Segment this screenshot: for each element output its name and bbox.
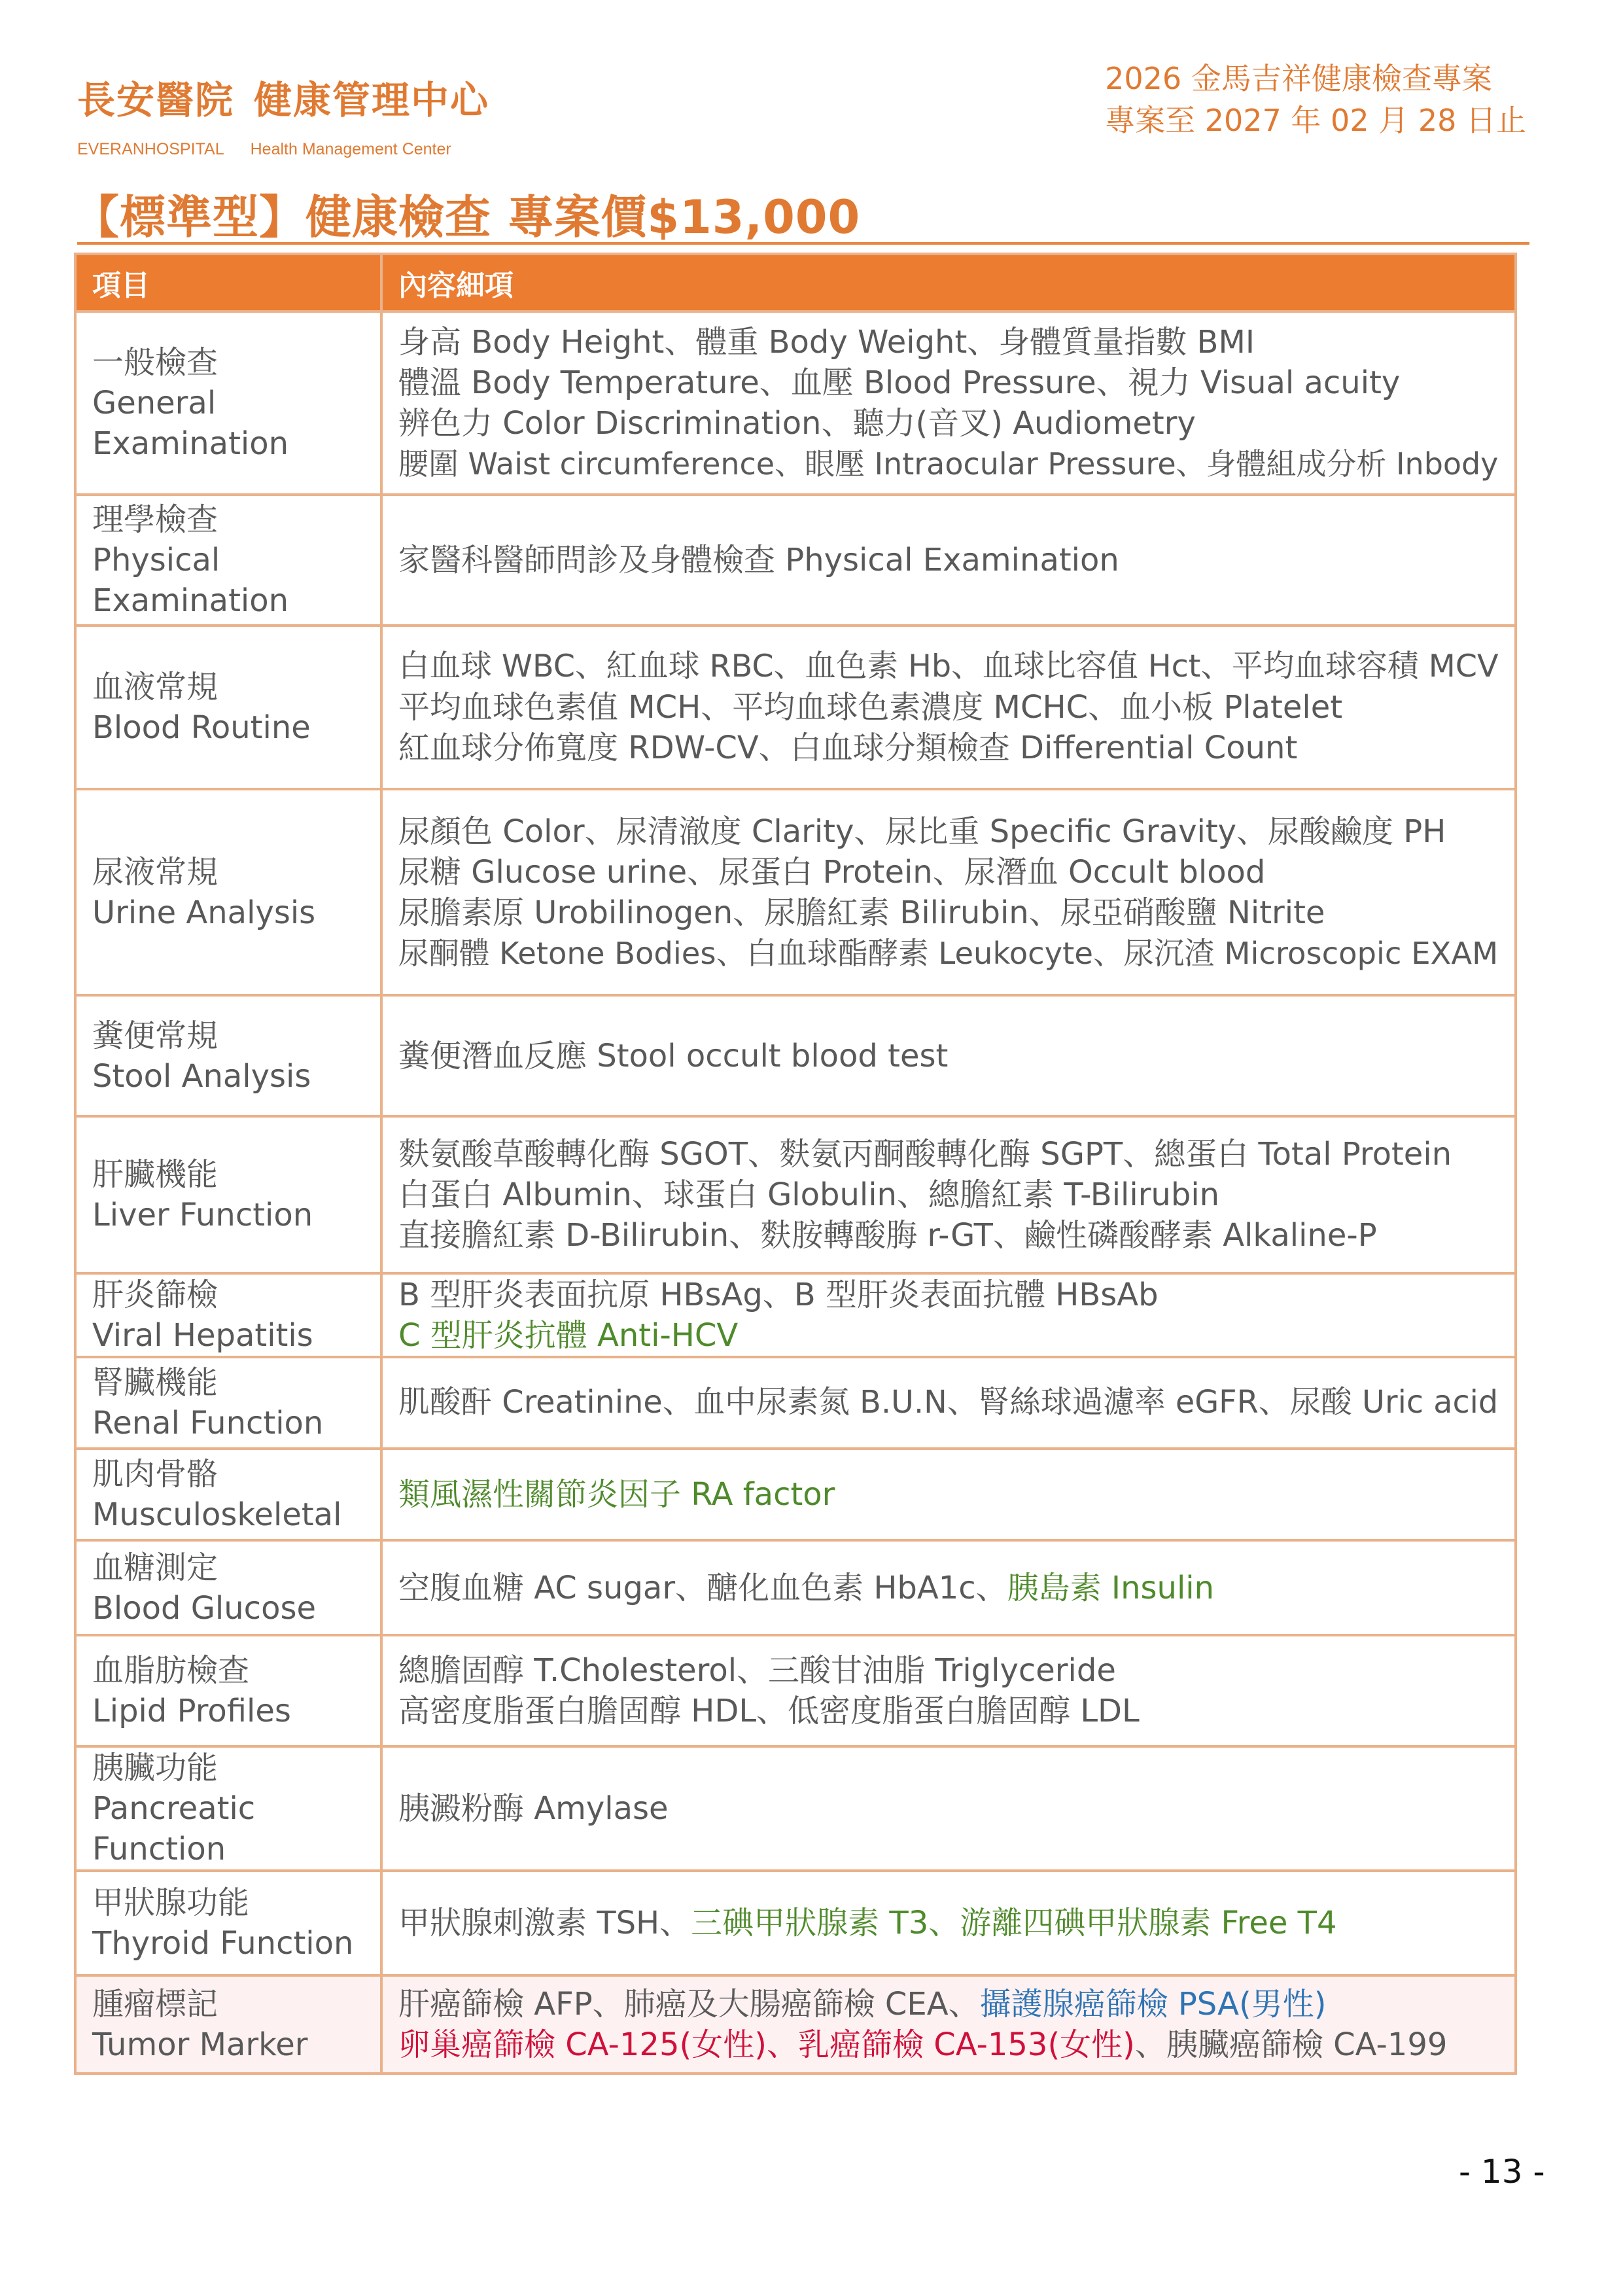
hospital-name-zh: 長安醫院健康管理中心 (77, 77, 489, 123)
detail-line: 尿顏色 Color、尿清澈度 Clarity、尿比重 Specific Grav… (398, 811, 1499, 852)
exam-items-table: 項目 內容細項 一般檢查GeneralExamination身高 Body He… (74, 253, 1517, 2075)
table-row: 肝炎篩檢Viral HepatitisB 型肝炎表面抗原 HBsAg、B 型肝炎… (75, 1273, 1516, 1357)
table-row: 腫瘤標記Tumor Marker肝癌篩檢 AFP、肺癌及大腸癌篩檢 CEA、攝護… (75, 1975, 1516, 2074)
table-row: 血液常規Blood Routine白血球 WBC、紅血球 RBC、血色素 Hb、… (75, 626, 1516, 789)
item-name-en: Stool Analysis (92, 1056, 364, 1097)
item-name-en: Function (92, 1829, 364, 1869)
item-name-en: Physical (92, 540, 364, 580)
item-name-en: Tumor Marker (92, 2024, 364, 2065)
promo-validity: 專案至 2027 年 02 月 28 日止 (1105, 99, 1526, 141)
detail-text: 糞便潛血反應 Stool occult blood test (398, 1038, 948, 1074)
highlighted-detail-text: 類風濕性關節炎因子 RA factor (398, 1476, 835, 1513)
item-detail-cell: 身高 Body Height、體重 Body Weight、身體質量指數 BMI… (381, 311, 1516, 495)
table-row: 一般檢查GeneralExamination身高 Body Height、體重 … (75, 311, 1516, 495)
detail-text: 腰圍 Waist circumference、眼壓 Intraocular Pr… (398, 446, 1498, 482)
item-detail-cell: 甲狀腺刺激素 TSH、三碘甲狀腺素 T3、游離四碘甲狀腺素 Free T4 (381, 1871, 1516, 1975)
detail-line: 腰圍 Waist circumference、眼壓 Intraocular Pr… (398, 444, 1499, 484)
item-name-cell: 糞便常規Stool Analysis (75, 995, 381, 1116)
hospital-name: 長安醫院 (77, 78, 234, 122)
center-name-english: Health Management Center (251, 140, 451, 158)
center-name: 健康管理中心 (254, 78, 489, 122)
detail-text: 尿糖 Glucose urine、尿蛋白 Protein、尿潛血 Occult … (398, 854, 1265, 891)
table-row: 腎臟機能Renal Function肌酸酐 Creatinine、血中尿素氮 B… (75, 1357, 1516, 1449)
highlighted-detail-text: 卵巢癌篩檢 CA-125(女性)、乳癌篩檢 CA-153(女性) (398, 2026, 1135, 2063)
page-number: - 13 - (1459, 2153, 1545, 2191)
detail-line: 麩氨酸草酸轉化酶 SGOT、麩氨丙酮酸轉化酶 SGPT、總蛋白 Total Pr… (398, 1134, 1499, 1174)
highlighted-detail-text: 胰島素 Insulin (1007, 1570, 1214, 1606)
promo-title: 2026 金馬吉祥健康檢查專案 (1105, 58, 1526, 99)
item-name-en: Examination (92, 580, 364, 621)
item-name-zh: 尿液常規 (92, 852, 364, 892)
detail-text: B 型肝炎表面抗原 HBsAg、B 型肝炎表面抗體 HBsAb (398, 1277, 1159, 1313)
detail-line: 高密度脂蛋白膽固醇 HDL、低密度脂蛋白膽固醇 LDL (398, 1691, 1499, 1731)
column-header-detail: 內容細項 (381, 254, 1516, 311)
item-detail-cell: 肝癌篩檢 AFP、肺癌及大腸癌篩檢 CEA、攝護腺癌篩檢 PSA(男性)卵巢癌篩… (381, 1975, 1516, 2074)
detail-line: 類風濕性關節炎因子 RA factor (398, 1474, 1499, 1515)
detail-text: 甲狀腺刺激素 TSH、 (398, 1905, 691, 1941)
detail-line: 身高 Body Height、體重 Body Weight、身體質量指數 BMI (398, 322, 1499, 362)
item-name-zh: 甲狀腺功能 (92, 1882, 364, 1923)
item-name-zh: 一般檢查 (92, 342, 364, 383)
table-row: 甲狀腺功能Thyroid Function甲狀腺刺激素 TSH、三碘甲狀腺素 T… (75, 1871, 1516, 1975)
detail-text: 高密度脂蛋白膽固醇 HDL、低密度脂蛋白膽固醇 LDL (398, 1693, 1140, 1729)
item-name-en: Pancreatic (92, 1788, 364, 1829)
hospital-brand: 長安醫院健康管理中心 EVERANHOSPITALHealth Manageme… (77, 77, 489, 159)
item-detail-cell: 糞便潛血反應 Stool occult blood test (381, 995, 1516, 1116)
table-row: 肌肉骨骼Musculoskeletal類風濕性關節炎因子 RA factor (75, 1449, 1516, 1540)
item-name-cell: 一般檢查GeneralExamination (75, 311, 381, 495)
detail-line: 卵巢癌篩檢 CA-125(女性)、乳癌篩檢 CA-153(女性)、胰臟癌篩檢 C… (398, 2024, 1499, 2065)
page-title: 【標準型】健康檢查 專案價$13,000 (73, 181, 860, 247)
item-detail-cell: 胰澱粉酶 Amylase (381, 1746, 1516, 1871)
detail-line: 辨色力 Color Discrimination、聽力(音叉) Audiomet… (398, 403, 1499, 444)
item-detail-cell: 尿顏色 Color、尿清澈度 Clarity、尿比重 Specific Grav… (381, 789, 1516, 995)
item-name-en: General (92, 383, 364, 423)
detail-text: 胰澱粉酶 Amylase (398, 1790, 669, 1827)
detail-line: 糞便潛血反應 Stool occult blood test (398, 1036, 1499, 1076)
item-name-zh: 血脂肪檢查 (92, 1650, 364, 1691)
item-name-zh: 理學檢查 (92, 499, 364, 540)
item-name-cell: 理學檢查PhysicalExamination (75, 495, 381, 626)
detail-text: 總膽固醇 T.Cholesterol、三酸甘油脂 Triglyceride (398, 1652, 1116, 1689)
item-name-zh: 肝臟機能 (92, 1154, 364, 1195)
detail-text: 、胰臟癌篩檢 CA-199 (1135, 2026, 1448, 2063)
item-detail-cell: B 型肝炎表面抗原 HBsAg、B 型肝炎表面抗體 HBsAbC 型肝炎抗體 A… (381, 1273, 1516, 1357)
item-name-en: Renal Function (92, 1403, 364, 1443)
highlighted-detail-text: C 型肝炎抗體 Anti-HCV (398, 1317, 738, 1354)
title-divider (77, 242, 1529, 245)
item-detail-cell: 空腹血糖 AC sugar、醣化血色素 HbA1c、胰島素 Insulin (381, 1540, 1516, 1635)
table-row: 尿液常規Urine Analysis尿顏色 Color、尿清澈度 Clarity… (75, 789, 1516, 995)
detail-text: 肌酸酐 Creatinine、血中尿素氮 B.U.N、腎絲球過濾率 eGFR、尿… (398, 1385, 1498, 1421)
hospital-name-english: EVERANHOSPITAL (77, 140, 224, 158)
item-name-zh: 肝炎篩檢 (92, 1275, 364, 1315)
item-name-en: Thyroid Function (92, 1923, 364, 1964)
column-header-item: 項目 (75, 254, 381, 311)
table-body: 一般檢查GeneralExamination身高 Body Height、體重 … (75, 311, 1516, 2074)
table-header-row: 項目 內容細項 (75, 254, 1516, 311)
detail-text: 家醫科醫師問診及身體檢查 Physical Examination (398, 542, 1119, 578)
detail-line: 家醫科醫師問診及身體檢查 Physical Examination (398, 540, 1499, 580)
item-detail-cell: 白血球 WBC、紅血球 RBC、血色素 Hb、血球比容值 Hct、平均血球容積 … (381, 626, 1516, 789)
item-name-cell: 尿液常規Urine Analysis (75, 789, 381, 995)
detail-line: 尿膽素原 Urobilinogen、尿膽紅素 Bilirubin、尿亞硝酸鹽 N… (398, 892, 1499, 933)
item-name-zh: 血糖測定 (92, 1547, 364, 1588)
detail-line: C 型肝炎抗體 Anti-HCV (398, 1315, 1499, 1356)
detail-line: 紅血球分佈寬度 RDW-CV、白血球分類檢查 Differential Coun… (398, 728, 1499, 768)
table-row: 胰臟功能PancreaticFunction胰澱粉酶 Amylase (75, 1746, 1516, 1871)
item-name-en: Liver Function (92, 1195, 364, 1235)
item-name-zh: 糞便常規 (92, 1016, 364, 1056)
item-name-cell: 血液常規Blood Routine (75, 626, 381, 789)
item-name-en: Blood Glucose (92, 1588, 364, 1629)
detail-text: 肝癌篩檢 AFP、肺癌及大腸癌篩檢 CEA、 (398, 1986, 980, 2022)
detail-line: 體溫 Body Temperature、血壓 Blood Pressure、視力… (398, 362, 1499, 403)
item-detail-cell: 肌酸酐 Creatinine、血中尿素氮 B.U.N、腎絲球過濾率 eGFR、尿… (381, 1357, 1516, 1449)
detail-line: 白血球 WBC、紅血球 RBC、血色素 Hb、血球比容值 Hct、平均血球容積 … (398, 646, 1499, 687)
detail-text: 白蛋白 Albumin、球蛋白 Globulin、總膽紅素 T-Bilirubi… (398, 1176, 1219, 1213)
item-name-en: Urine Analysis (92, 892, 364, 933)
detail-text: 尿酮體 Ketone Bodies、白血球酯酵素 Leukocyte、尿沉渣 M… (398, 936, 1498, 971)
table-row: 血糖測定Blood Glucose空腹血糖 AC sugar、醣化血色素 HbA… (75, 1540, 1516, 1635)
hospital-name-en: EVERANHOSPITALHealth Management Center (77, 140, 489, 159)
item-name-cell: 腫瘤標記Tumor Marker (75, 1975, 381, 2074)
item-name-cell: 肝炎篩檢Viral Hepatitis (75, 1273, 381, 1357)
detail-line: 尿糖 Glucose urine、尿蛋白 Protein、尿潛血 Occult … (398, 852, 1499, 892)
item-name-cell: 肌肉骨骼Musculoskeletal (75, 1449, 381, 1540)
item-name-zh: 肌肉骨骼 (92, 1454, 364, 1494)
detail-text: 空腹血糖 AC sugar、醣化血色素 HbA1c、 (398, 1570, 1007, 1606)
table-row: 糞便常規Stool Analysis糞便潛血反應 Stool occult bl… (75, 995, 1516, 1116)
item-name-zh: 腫瘤標記 (92, 1984, 364, 2024)
detail-text: 辨色力 Color Discrimination、聽力(音叉) Audiomet… (398, 405, 1196, 442)
item-name-en: Examination (92, 423, 364, 464)
item-detail-cell: 家醫科醫師問診及身體檢查 Physical Examination (381, 495, 1516, 626)
promo-info: 2026 金馬吉祥健康檢查專案 專案至 2027 年 02 月 28 日止 (1105, 58, 1526, 141)
detail-text: 白血球 WBC、紅血球 RBC、血色素 Hb、血球比容值 Hct、平均血球容積 … (398, 648, 1499, 684)
item-name-cell: 血脂肪檢查Lipid Profiles (75, 1635, 381, 1746)
item-name-cell: 胰臟功能PancreaticFunction (75, 1746, 381, 1871)
detail-line: 總膽固醇 T.Cholesterol、三酸甘油脂 Triglyceride (398, 1650, 1499, 1691)
item-detail-cell: 類風濕性關節炎因子 RA factor (381, 1449, 1516, 1540)
detail-text: 麩氨酸草酸轉化酶 SGOT、麩氨丙酮酸轉化酶 SGPT、總蛋白 Total Pr… (398, 1136, 1452, 1173)
detail-text: 體溫 Body Temperature、血壓 Blood Pressure、視力… (398, 364, 1400, 401)
highlighted-detail-text: 三碘甲狀腺素 T3、游離四碘甲狀腺素 Free T4 (691, 1905, 1336, 1941)
detail-text: 尿膽素原 Urobilinogen、尿膽紅素 Bilirubin、尿亞硝酸鹽 N… (398, 894, 1325, 931)
detail-line: 甲狀腺刺激素 TSH、三碘甲狀腺素 T3、游離四碘甲狀腺素 Free T4 (398, 1903, 1499, 1943)
item-name-en: Lipid Profiles (92, 1691, 364, 1731)
detail-text: 平均血球色素值 MCH、平均血球色素濃度 MCHC、血小板 Platelet (398, 689, 1342, 726)
detail-line: 平均血球色素值 MCH、平均血球色素濃度 MCHC、血小板 Platelet (398, 687, 1499, 728)
table-row: 血脂肪檢查Lipid Profiles總膽固醇 T.Cholesterol、三酸… (75, 1635, 1516, 1746)
detail-line: B 型肝炎表面抗原 HBsAg、B 型肝炎表面抗體 HBsAb (398, 1275, 1499, 1315)
item-name-cell: 腎臟機能Renal Function (75, 1357, 381, 1449)
item-name-en: Blood Routine (92, 707, 364, 748)
item-name-cell: 肝臟機能Liver Function (75, 1116, 381, 1273)
detail-line: 空腹血糖 AC sugar、醣化血色素 HbA1c、胰島素 Insulin (398, 1568, 1499, 1608)
table-row: 理學檢查PhysicalExamination家醫科醫師問診及身體檢查 Phys… (75, 495, 1516, 626)
detail-line: 肌酸酐 Creatinine、血中尿素氮 B.U.N、腎絲球過濾率 eGFR、尿… (398, 1383, 1499, 1423)
detail-text: 身高 Body Height、體重 Body Weight、身體質量指數 BMI (398, 324, 1255, 361)
detail-text: 尿顏色 Color、尿清澈度 Clarity、尿比重 Specific Grav… (398, 813, 1446, 850)
item-name-en: Viral Hepatitis (92, 1315, 364, 1356)
detail-line: 胰澱粉酶 Amylase (398, 1788, 1499, 1829)
item-name-zh: 胰臟功能 (92, 1748, 364, 1788)
item-name-cell: 甲狀腺功能Thyroid Function (75, 1871, 381, 1975)
item-name-zh: 血液常規 (92, 667, 364, 707)
detail-line: 白蛋白 Albumin、球蛋白 Globulin、總膽紅素 T-Bilirubi… (398, 1174, 1499, 1215)
item-name-zh: 腎臟機能 (92, 1362, 364, 1403)
detail-line: 肝癌篩檢 AFP、肺癌及大腸癌篩檢 CEA、攝護腺癌篩檢 PSA(男性) (398, 1984, 1499, 2024)
detail-line: 尿酮體 Ketone Bodies、白血球酯酵素 Leukocyte、尿沉渣 M… (398, 933, 1499, 974)
detail-text: 紅血球分佈寬度 RDW-CV、白血球分類檢查 Differential Coun… (398, 730, 1297, 766)
item-name-cell: 血糖測定Blood Glucose (75, 1540, 381, 1635)
detail-line: 直接膽紅素 D-Bilirubin、麩胺轉酸脢 r-GT、鹼性磷酸酵素 Alka… (398, 1215, 1499, 1256)
item-detail-cell: 總膽固醇 T.Cholesterol、三酸甘油脂 Triglyceride高密度… (381, 1635, 1516, 1746)
item-name-en: Musculoskeletal (92, 1494, 364, 1535)
highlighted-detail-text: 攝護腺癌篩檢 PSA(男性) (980, 1986, 1327, 2022)
item-detail-cell: 麩氨酸草酸轉化酶 SGOT、麩氨丙酮酸轉化酶 SGPT、總蛋白 Total Pr… (381, 1116, 1516, 1273)
table-row: 肝臟機能Liver Function麩氨酸草酸轉化酶 SGOT、麩氨丙酮酸轉化酶… (75, 1116, 1516, 1273)
detail-text: 直接膽紅素 D-Bilirubin、麩胺轉酸脢 r-GT、鹼性磷酸酵素 Alka… (398, 1217, 1377, 1254)
